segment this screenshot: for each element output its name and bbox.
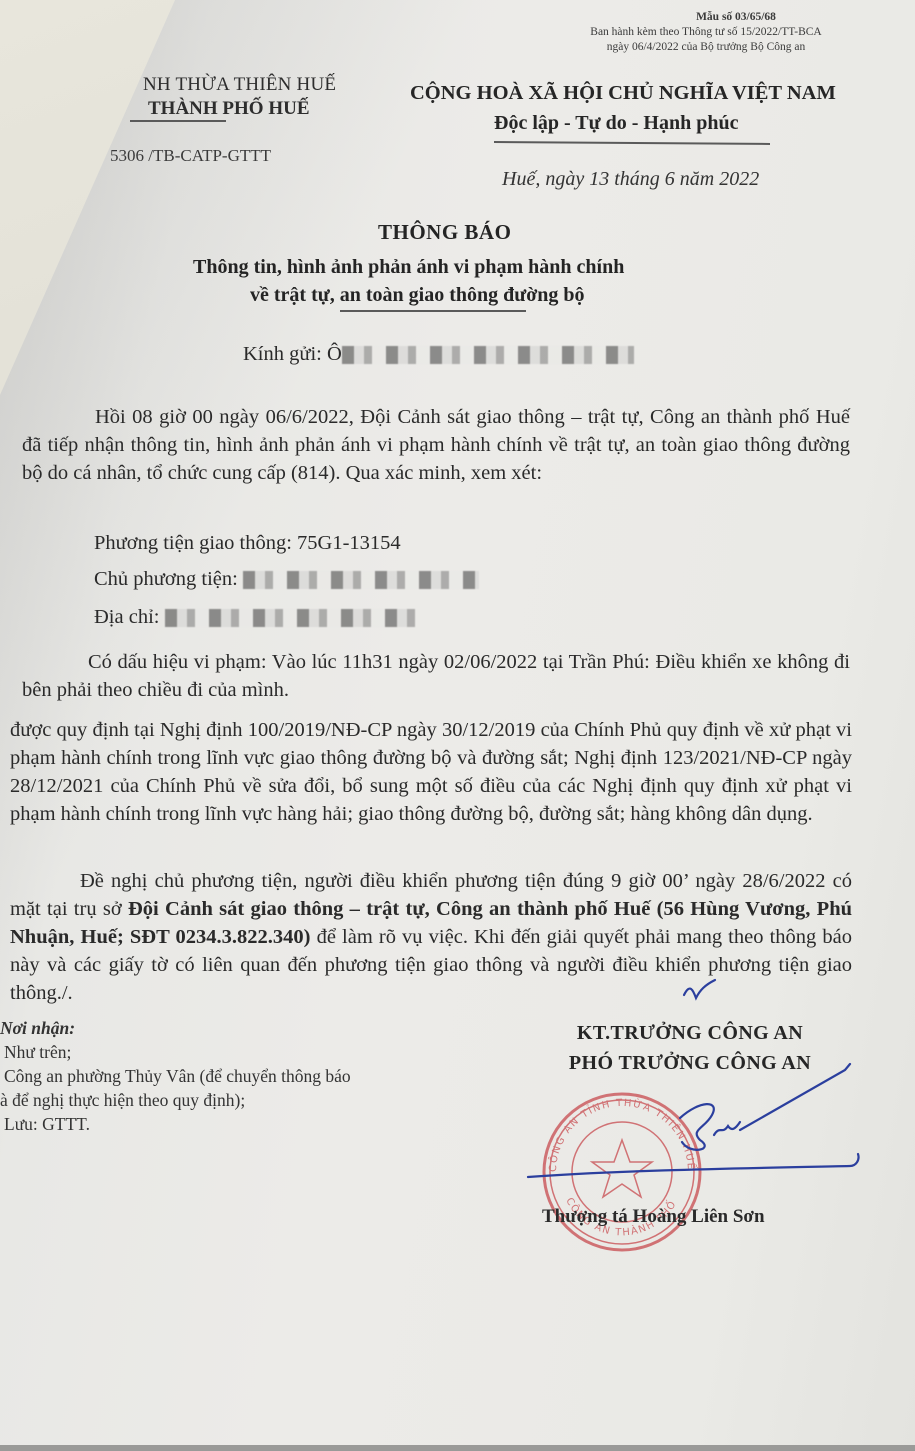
addressee: Kính gửi: Ô — [243, 343, 634, 366]
notice-subtitle-2: về trật tự, an toàn giao thông đường bộ — [250, 284, 585, 307]
addressee-label: Kính gửi: Ô — [243, 343, 342, 365]
intro-paragraph: Hồi 08 giờ 00 ngày 06/6/2022, Đội Cảnh s… — [22, 403, 850, 487]
owner-label: Chủ phương tiện: — [94, 568, 238, 590]
plate-value: 75G1-13154 — [297, 532, 401, 554]
form-note: Mẫu số 03/65/68 Ban hành kèm theo Thông … — [536, 10, 876, 55]
nation-title: CỘNG HOÀ XÃ HỘI CHỦ NGHĨA VIỆT NAM — [410, 82, 836, 105]
place-date: Huế, ngày 13 tháng 6 năm 2022 — [502, 168, 759, 191]
vehicle-plate-line: Phương tiện giao thông: 75G1-13154 — [94, 532, 401, 555]
plate-label: Phương tiện giao thông: — [94, 532, 292, 554]
agency-underline — [130, 120, 226, 122]
recipients-block: Nơi nhận: Như trên; Công an phường Thủy … — [0, 1016, 351, 1136]
agency-line-1: NH THỪA THIÊN HUẾ — [143, 74, 336, 96]
recipient-item: à để nghị thực hiện theo quy định); — [0, 1088, 351, 1112]
recipient-item: Công an phường Thủy Vân (để chuyển thông… — [0, 1064, 351, 1088]
agency-line-2: THÀNH PHỐ HUẾ — [148, 98, 310, 120]
form-issued-date: ngày 06/4/2022 của Bộ trưởng Bộ Công an — [536, 40, 876, 55]
notice-subtitle-1: Thông tin, hình ảnh phản ánh vi phạm hàn… — [193, 256, 624, 279]
national-motto: Độc lập - Tự do - Hạnh phúc — [494, 112, 738, 135]
request-paragraph: Đề nghị chủ phương tiện, người điều khiể… — [10, 867, 852, 1007]
document-number: 5306 /TB-CATP-GTTT — [110, 146, 271, 166]
legal-basis-paragraph: được quy định tại Nghị định 100/2019/NĐ-… — [10, 716, 852, 828]
vehicle-address-line: Địa chỉ: — [94, 606, 415, 629]
signature-title-1: KT.TRƯỞNG CÔNG AN — [520, 1022, 860, 1045]
form-issued-with: Ban hành kèm theo Thông tư số 15/2022/TT… — [536, 25, 876, 40]
page-bottom-edge — [0, 1445, 915, 1451]
recipients-heading: Nơi nhận: — [0, 1016, 351, 1040]
address-label: Địa chỉ: — [94, 606, 159, 628]
address-redacted — [165, 609, 415, 627]
subtitle-underline — [340, 310, 526, 312]
signature-title-2: PHÓ TRƯỞNG CÔNG AN — [520, 1052, 860, 1075]
violation-paragraph: Có dấu hiệu vi phạm: Vào lúc 11h31 ngày … — [22, 648, 850, 704]
form-number: Mẫu số 03/65/68 — [536, 10, 876, 25]
recipient-item: Như trên; — [0, 1040, 351, 1064]
owner-redacted — [243, 571, 479, 589]
notice-title: THÔNG BÁO — [378, 220, 511, 245]
recipient-item: Lưu: GTTT. — [0, 1112, 351, 1136]
vehicle-owner-line: Chủ phương tiện: — [94, 568, 479, 591]
addressee-redacted — [342, 346, 634, 364]
signer-name: Thượng tá Hoàng Liên Sơn — [542, 1206, 765, 1228]
